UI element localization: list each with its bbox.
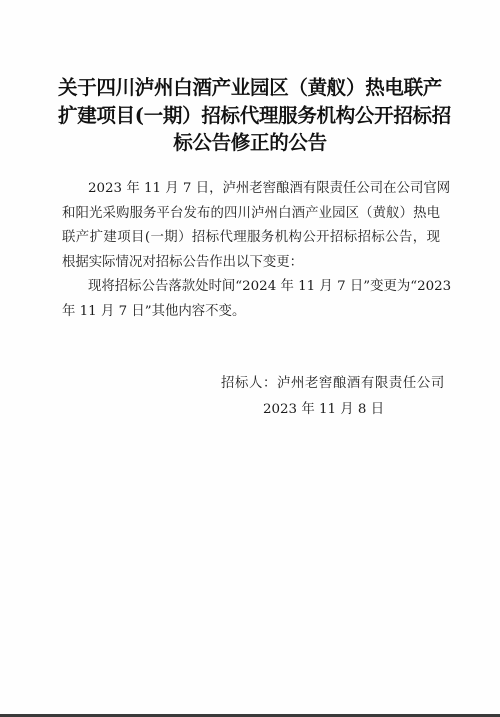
body-line: 根据实际情况对招标公告作出以下变更： [62,251,440,276]
body-line: 现将招标公告落款处时间“2024 年 11 月 7 日”变更为“2023 [62,275,440,300]
title-line: 标公告修正的公告 [58,129,442,157]
document-page: 关于四川泸州白酒产业园区（黄舣）热电联产 扩建项目(一期）招标代理服务机构公开招… [0,0,500,717]
title-line: 扩建项目(一期）招标代理服务机构公开招标招 [58,102,442,130]
body-line: 联产扩建项目(一期）招标代理服务机构公开招标招标公告，现 [62,226,440,251]
body-line: 年 11 月 7 日”其他内容不变。 [62,300,440,325]
title-line: 关于四川泸州白酒产业园区（黄舣）热电联产 [58,74,442,102]
signer-name: 招标人：泸州老窖酿酒有限责任公司 [221,371,441,397]
body-line: 2023 年 11 月 7 日，泸州老窖酿酒有限责任公司在公司官网 [62,177,440,202]
signature-date: 2023 年 11 月 8 日 [221,397,441,423]
document-title: 关于四川泸州白酒产业园区（黄舣）热电联产 扩建项目(一期）招标代理服务机构公开招… [58,74,442,157]
body-line: 和阳光采购服务平台发布的四川泸州白酒产业园区（黄舣）热电 [62,202,440,227]
signature-block: 招标人：泸州老窖酿酒有限责任公司 2023 年 11 月 8 日 [221,371,441,423]
document-body: 2023 年 11 月 7 日，泸州老窖酿酒有限责任公司在公司官网 和阳光采购服… [62,177,440,324]
